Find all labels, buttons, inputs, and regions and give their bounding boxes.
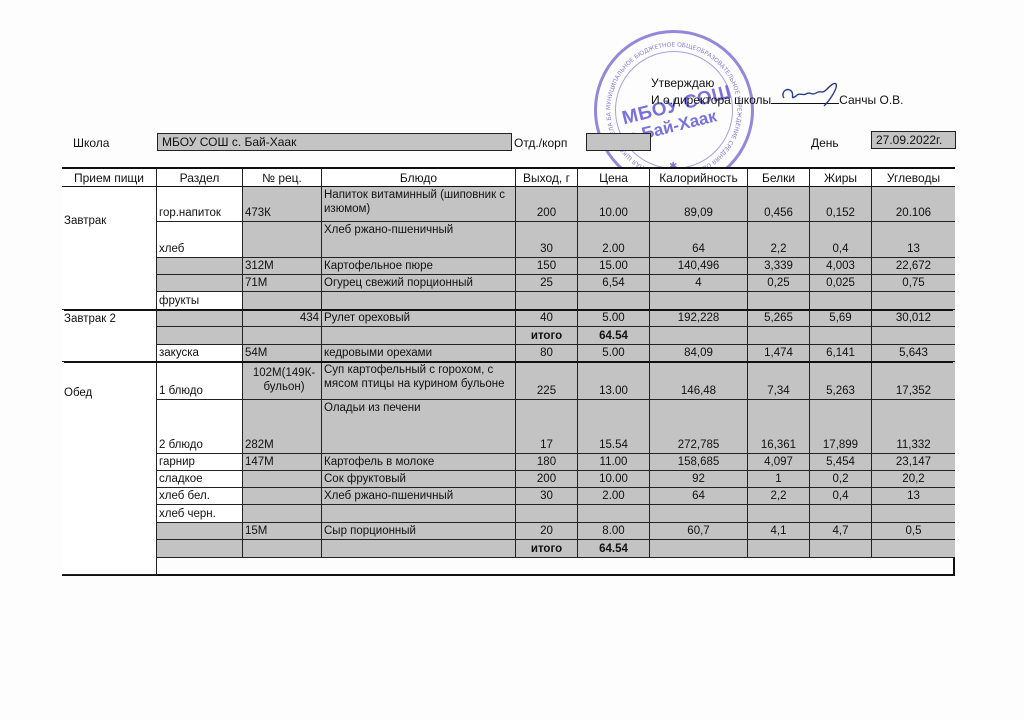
cell-price-text: 8.00 — [602, 524, 624, 538]
cell-calories-text: 4 — [695, 276, 701, 290]
cell-fat — [810, 327, 872, 345]
cell-dish-text: Рулет ореховый — [324, 311, 410, 325]
cell-fat: 5,263 — [810, 362, 872, 400]
cell-yield: итого — [516, 327, 578, 345]
cell-yield-text: 200 — [537, 206, 556, 220]
cell-protein-text: 0,25 — [767, 276, 789, 290]
cell-section — [157, 523, 243, 540]
column-header-meal: Прием пищи — [62, 169, 157, 187]
group-separator — [64, 361, 953, 363]
cell-dish-text: Салат из свеклы с яблоками и кедровыми о… — [324, 345, 513, 360]
cell-yield-text: 80 — [540, 346, 553, 360]
column-header-calories-text: Калорийность — [659, 171, 738, 185]
cell-yield-text: 20 — [540, 524, 553, 538]
cell-recipe: 434 — [243, 310, 322, 327]
cell-fat: 6,141 — [810, 345, 872, 362]
cell-carbs-text: 0,5 — [906, 524, 922, 538]
cell-price-text: 2.00 — [602, 489, 624, 503]
cell-recipe — [243, 222, 322, 258]
cell-carbs: 5,643 — [872, 345, 955, 362]
cell-recipe: 312М — [243, 258, 322, 275]
cell-dish — [322, 540, 516, 558]
meal-group-cell: Обед — [62, 362, 157, 575]
cell-dish-text: Оладьи из печени — [324, 401, 421, 415]
cell-price — [578, 292, 650, 310]
cell-price: 15.54 — [578, 400, 650, 454]
cell-price: 64.54 — [578, 327, 650, 345]
cell-section — [157, 258, 243, 275]
column-header-yield-text: Выход, г — [523, 171, 570, 185]
cell-section-text: хлеб черн. — [159, 507, 216, 521]
cell-calories: 64 — [650, 222, 748, 258]
cell-calories-text: 89,09 — [684, 206, 713, 220]
school-stamp: МУНИЦИПАЛЬНОЕ БЮДЖЕТНОЕ ОБЩЕОБРАЗОВАТЕЛЬ… — [594, 30, 754, 190]
cell-carbs-text: 30,012 — [896, 311, 931, 325]
cell-dish-text: Суп картофельный с горохом, с мясом птиц… — [324, 363, 513, 391]
cell-yield-text: 200 — [537, 472, 556, 486]
cell-price-text: 15.00 — [599, 259, 628, 273]
cell-price-text: 5.00 — [602, 346, 624, 360]
cell-protein: 3,339 — [748, 258, 810, 275]
cell-price-text: 10.00 — [599, 206, 628, 220]
column-header-yield: Выход, г — [516, 169, 578, 187]
cell-section: 1 блюдо — [157, 362, 243, 400]
cell-fat-text: 4,7 — [833, 524, 849, 538]
cell-yield: 150 — [516, 258, 578, 275]
cell-price: 8.00 — [578, 523, 650, 540]
cell-carbs-text: 17,352 — [896, 384, 931, 398]
cell-yield-text: 25 — [540, 276, 553, 290]
cell-protein: 2,2 — [748, 488, 810, 505]
cell-section: гарнир — [157, 454, 243, 471]
cell-calories: 272,785 — [650, 400, 748, 454]
cell-carbs-text: 13 — [907, 242, 920, 256]
cell-dish: Рулет ореховый — [322, 310, 516, 327]
cell-section: сладкое — [157, 471, 243, 488]
cell-yield: 25 — [516, 275, 578, 292]
cell-protein: 7,34 — [748, 362, 810, 400]
cell-price-text: 10.00 — [599, 472, 628, 486]
cell-carbs: 22,672 — [872, 258, 955, 275]
cell-dish: Оладьи из печени — [322, 400, 516, 454]
cell-dish: Хлеб ржано-пшеничный — [322, 488, 516, 505]
cell-section-text: 1 блюдо — [159, 384, 203, 398]
cell-dish-text: Картофельное пюре — [324, 259, 433, 273]
cell-calories — [650, 505, 748, 523]
cell-dish-text: Картофель в молоке — [324, 455, 434, 469]
cell-yield: 225 — [516, 362, 578, 400]
column-header-meal-text: Прием пищи — [74, 171, 144, 185]
column-header-carbs-text: Углеводы — [887, 171, 940, 185]
cell-yield-text: 180 — [537, 455, 556, 469]
column-header-recipe: № рец. — [243, 169, 322, 187]
cell-section — [157, 310, 243, 327]
cell-protein: 1 — [748, 471, 810, 488]
cell-fat: 0,4 — [810, 222, 872, 258]
cell-fat-text: 4,003 — [826, 259, 855, 273]
cell-calories: 140,496 — [650, 258, 748, 275]
cell-carbs: 17,352 — [872, 362, 955, 400]
cell-recipe-text: 102М(149К-бульон) — [251, 366, 317, 394]
cell-protein-text: 2,2 — [771, 489, 787, 503]
cell-yield: 30 — [516, 488, 578, 505]
cell-fat-text: 0,025 — [826, 276, 855, 290]
cell-price: 5.00 — [578, 310, 650, 327]
group-separator — [64, 309, 953, 311]
school-field[interactable]: МБОУ СОШ с. Бай-Хаак — [157, 133, 512, 151]
cell-carbs-text: 23,147 — [896, 455, 931, 469]
cell-section-text: хлеб — [159, 242, 184, 256]
column-header-price-text: Цена — [599, 171, 628, 185]
cell-yield: итого — [516, 540, 578, 558]
cell-yield-text: 225 — [537, 384, 556, 398]
cell-calories — [650, 292, 748, 310]
cell-dish: Картофель в молоке — [322, 454, 516, 471]
cell-price-text: 11.00 — [600, 455, 628, 469]
cell-section-text: фрукты — [159, 294, 199, 308]
column-header-calories: Калорийность — [650, 169, 748, 187]
column-header-price: Цена — [578, 169, 650, 187]
cell-price-text: 15.54 — [599, 438, 628, 452]
cell-yield-text: 30 — [540, 489, 553, 503]
cell-yield-text: итого — [531, 542, 562, 556]
cell-price: 6,54 — [578, 275, 650, 292]
approve-label: Утверждаю — [651, 76, 714, 90]
cell-carbs-text: 20,2 — [902, 472, 924, 486]
column-header-section-text: Раздел — [180, 171, 220, 185]
cell-protein-text: 2,2 — [771, 242, 787, 256]
cell-yield-text: 150 — [537, 259, 556, 273]
cell-carbs — [872, 292, 955, 310]
cell-carbs-text: 5,643 — [899, 346, 928, 360]
cell-carbs: 20.106 — [872, 187, 955, 222]
cell-dish-text: Сок фруктовый — [324, 472, 406, 486]
cell-recipe-text: 54М — [245, 346, 267, 360]
cell-fat-text: 5,263 — [826, 384, 855, 398]
director-name: Санчы О.В. — [839, 93, 903, 107]
cell-yield-text: итого — [531, 329, 562, 343]
cell-section-text: гор.напиток — [159, 206, 221, 220]
cell-recipe-text: 71М — [245, 276, 267, 290]
cell-yield: 80 — [516, 345, 578, 362]
cell-price: 64.54 — [578, 540, 650, 558]
cell-carbs-text: 22,672 — [896, 259, 931, 273]
cell-recipe-text: 312М — [245, 259, 274, 273]
cell-yield: 40 — [516, 310, 578, 327]
cell-section-text: хлеб бел. — [159, 489, 210, 503]
column-header-protein-text: Белки — [762, 171, 795, 185]
cell-protein-text: 1 — [775, 472, 781, 486]
cell-carbs — [872, 505, 955, 523]
cell-carbs — [872, 327, 955, 345]
cell-recipe — [243, 292, 322, 310]
meal-group-cell-text: Завтрак 2 — [64, 312, 116, 326]
cell-fat-text: 6,141 — [826, 346, 855, 360]
cell-protein — [748, 505, 810, 523]
cell-fat: 0,152 — [810, 187, 872, 222]
cell-section: закуска — [157, 345, 243, 362]
cell-dish-text: Напиток витаминный (шиповник с изюмом) — [324, 188, 513, 216]
cell-yield — [516, 505, 578, 523]
cell-calories-text: 272,785 — [678, 438, 720, 452]
column-header-dish: Блюдо — [322, 169, 516, 187]
cell-calories-text: 64 — [692, 242, 705, 256]
cell-carbs-text: 11,332 — [896, 438, 930, 452]
cell-yield: 200 — [516, 471, 578, 488]
cell-calories-text: 192,228 — [678, 311, 720, 325]
cell-section: хлеб черн. — [157, 505, 243, 523]
director-label: И.о.директора школы — [651, 93, 771, 107]
cell-recipe: 15М — [243, 523, 322, 540]
cell-recipe — [243, 327, 322, 345]
cell-calories — [650, 540, 748, 558]
column-header-fat-text: Жиры — [824, 171, 857, 185]
cell-calories-text: 84,09 — [684, 346, 713, 360]
cell-protein-text: 7,34 — [767, 384, 789, 398]
cell-carbs: 13 — [872, 222, 955, 258]
cell-calories: 92 — [650, 471, 748, 488]
cell-protein: 0,25 — [748, 275, 810, 292]
cell-fat: 5,454 — [810, 454, 872, 471]
cell-fat: 0,4 — [810, 488, 872, 505]
cell-protein — [748, 540, 810, 558]
cell-section — [157, 275, 243, 292]
cell-section — [157, 327, 243, 345]
department-field[interactable] — [586, 133, 651, 151]
cell-fat — [810, 505, 872, 523]
column-header-protein: Белки — [748, 169, 810, 187]
cell-price — [578, 505, 650, 523]
cell-section-text: закуска — [159, 346, 199, 360]
cell-price: 10.00 — [578, 471, 650, 488]
cell-protein-text: 1,474 — [764, 346, 793, 360]
cell-recipe: 473К — [243, 187, 322, 222]
cell-carbs: 30,012 — [872, 310, 955, 327]
cell-fat: 0,2 — [810, 471, 872, 488]
cell-protein — [748, 292, 810, 310]
cell-section: 2 блюдо — [157, 400, 243, 454]
cell-price-text: 64.54 — [599, 542, 628, 556]
cell-carbs: 20,2 — [872, 471, 955, 488]
cell-carbs-text: 13 — [907, 489, 920, 503]
cell-dish — [322, 327, 516, 345]
column-header-dish-text: Блюдо — [400, 171, 437, 185]
cell-carbs: 11,332 — [872, 400, 955, 454]
cell-carbs: 0,75 — [872, 275, 955, 292]
cell-price: 2.00 — [578, 488, 650, 505]
meal-group-cell-text: Обед — [64, 386, 92, 400]
cell-section: гор.напиток — [157, 187, 243, 222]
meal-group-cell: Завтрак — [62, 187, 157, 310]
cell-dish: Салат из свеклы с яблоками и кедровыми о… — [322, 345, 516, 362]
cell-calories: 146,48 — [650, 362, 748, 400]
cell-calories: 158,685 — [650, 454, 748, 471]
cell-dish-text: Хлеб ржано-пшеничный — [324, 223, 453, 237]
cell-price: 2.00 — [578, 222, 650, 258]
cell-price: 10.00 — [578, 187, 650, 222]
cell-calories — [650, 327, 748, 345]
cell-yield: 30 — [516, 222, 578, 258]
cell-protein-text: 4,097 — [764, 455, 793, 469]
day-field[interactable]: 27.09.2022г. — [871, 131, 956, 149]
cell-carbs: 13 — [872, 488, 955, 505]
day-label: День — [811, 136, 839, 150]
cell-fat: 5,69 — [810, 310, 872, 327]
cell-carbs: 23,147 — [872, 454, 955, 471]
cell-price-text: 13.00 — [599, 384, 628, 398]
cell-section — [157, 540, 243, 558]
cell-protein: 16,361 — [748, 400, 810, 454]
cell-yield-text: 17 — [540, 438, 553, 452]
cell-dish — [322, 505, 516, 523]
cell-yield: 200 — [516, 187, 578, 222]
cell-fat — [810, 292, 872, 310]
column-header-carbs: Углеводы — [872, 169, 955, 187]
cell-calories-text: 158,685 — [678, 455, 720, 469]
cell-protein-text: 3,339 — [764, 259, 793, 273]
cell-price-text: 64.54 — [599, 329, 628, 343]
cell-calories: 89,09 — [650, 187, 748, 222]
cell-calories-text: 146,48 — [681, 384, 716, 398]
cell-dish-text: Огурец свежий порционный — [324, 276, 473, 290]
cell-recipe-text: 434 — [300, 311, 319, 325]
cell-carbs-text: 20.106 — [896, 206, 931, 220]
cell-section-text: сладкое — [159, 472, 203, 486]
cell-section: фрукты — [157, 292, 243, 310]
cell-carbs: 0,5 — [872, 523, 955, 540]
cell-calories: 4 — [650, 275, 748, 292]
cell-fat-text: 0,4 — [833, 242, 849, 256]
cell-dish — [322, 292, 516, 310]
cell-fat-text: 0,2 — [833, 472, 849, 486]
cell-price: 11.00 — [578, 454, 650, 471]
cell-protein-text: 16,361 — [761, 438, 796, 452]
cell-section-text: 2 блюдо — [159, 438, 203, 452]
cell-protein — [748, 327, 810, 345]
cell-price: 13.00 — [578, 362, 650, 400]
meal-group-cell-text: Завтрак — [64, 214, 106, 228]
cell-fat: 0,025 — [810, 275, 872, 292]
cell-protein-text: 5,265 — [764, 311, 793, 325]
cell-calories-text: 64 — [692, 489, 705, 503]
cell-recipe: 71М — [243, 275, 322, 292]
cell-fat-text: 5,69 — [829, 311, 851, 325]
meal-group-cell: Завтрак 2 — [62, 310, 157, 362]
cell-dish: Огурец свежий порционный — [322, 275, 516, 292]
cell-dish: Суп картофельный с горохом, с мясом птиц… — [322, 362, 516, 400]
school-label: Школа — [73, 136, 109, 150]
department-label: Отд./корп — [514, 136, 567, 150]
cell-price: 15.00 — [578, 258, 650, 275]
cell-price-text: 5.00 — [602, 311, 624, 325]
cell-dish: Сок фруктовый — [322, 471, 516, 488]
cell-fat — [810, 540, 872, 558]
cell-recipe — [243, 488, 322, 505]
menu-table: Прием пищиРаздел№ рец.БлюдоВыход, гЦенаК… — [62, 167, 955, 576]
cell-recipe — [243, 540, 322, 558]
cell-recipe — [243, 505, 322, 523]
cell-section: хлеб — [157, 222, 243, 258]
cell-price: 5.00 — [578, 345, 650, 362]
cell-protein: 1,474 — [748, 345, 810, 362]
cell-calories: 84,09 — [650, 345, 748, 362]
cell-fat-text: 17,899 — [823, 438, 858, 452]
cell-carbs-text: 0,75 — [902, 276, 924, 290]
cell-price-text: 6,54 — [602, 276, 624, 290]
cell-protein-text: 0,456 — [764, 206, 793, 220]
cell-calories-text: 140,496 — [678, 259, 720, 273]
cell-dish: Сыр порционный — [322, 523, 516, 540]
cell-dish-text: Сыр порционный — [324, 524, 416, 538]
cell-recipe: 54М — [243, 345, 322, 362]
cell-fat: 17,899 — [810, 400, 872, 454]
cell-protein: 4,1 — [748, 523, 810, 540]
cell-calories-text: 60,7 — [687, 524, 709, 538]
cell-yield: 17 — [516, 400, 578, 454]
cell-section: хлеб бел. — [157, 488, 243, 505]
cell-fat: 4,003 — [810, 258, 872, 275]
cell-dish: Хлеб ржано-пшеничный — [322, 222, 516, 258]
cell-yield — [516, 292, 578, 310]
cell-recipe: 282М — [243, 400, 322, 454]
cell-recipe-text: 282М — [245, 438, 274, 452]
cell-fat-text: 5,454 — [826, 455, 855, 469]
cell-protein: 0,456 — [748, 187, 810, 222]
cell-calories-text: 92 — [692, 472, 705, 486]
cell-dish: Напиток витаминный (шиповник с изюмом) — [322, 187, 516, 222]
cell-calories: 64 — [650, 488, 748, 505]
cell-yield: 180 — [516, 454, 578, 471]
signature-icon — [778, 78, 844, 108]
column-header-recipe-text: № рец. — [262, 171, 302, 185]
cell-yield: 20 — [516, 523, 578, 540]
cell-recipe: 147М — [243, 454, 322, 471]
cell-calories: 192,228 — [650, 310, 748, 327]
cell-recipe: 102М(149К-бульон) — [243, 362, 322, 400]
cell-section-text: гарнир — [159, 455, 195, 469]
cell-yield-text: 30 — [540, 242, 553, 256]
cell-recipe-text: 147М — [245, 455, 274, 469]
cell-price-text: 2.00 — [602, 242, 624, 256]
cell-yield-text: 40 — [540, 311, 553, 325]
cell-dish: Картофельное пюре — [322, 258, 516, 275]
cell-fat-text: 0,4 — [833, 489, 849, 503]
cell-dish-text: Хлеб ржано-пшеничный — [324, 489, 453, 503]
cell-calories: 60,7 — [650, 523, 748, 540]
cell-fat: 4,7 — [810, 523, 872, 540]
cell-protein-text: 4,1 — [771, 524, 787, 538]
cell-protein: 2,2 — [748, 222, 810, 258]
column-header-fat: Жиры — [810, 169, 872, 187]
cell-recipe-text: 15М — [245, 524, 267, 538]
cell-recipe — [243, 471, 322, 488]
cell-recipe-text: 473К — [245, 206, 271, 220]
cell-protein: 4,097 — [748, 454, 810, 471]
cell-protein: 5,265 — [748, 310, 810, 327]
cell-carbs — [872, 540, 955, 558]
column-header-section: Раздел — [157, 169, 243, 187]
cell-fat-text: 0,152 — [826, 206, 855, 220]
